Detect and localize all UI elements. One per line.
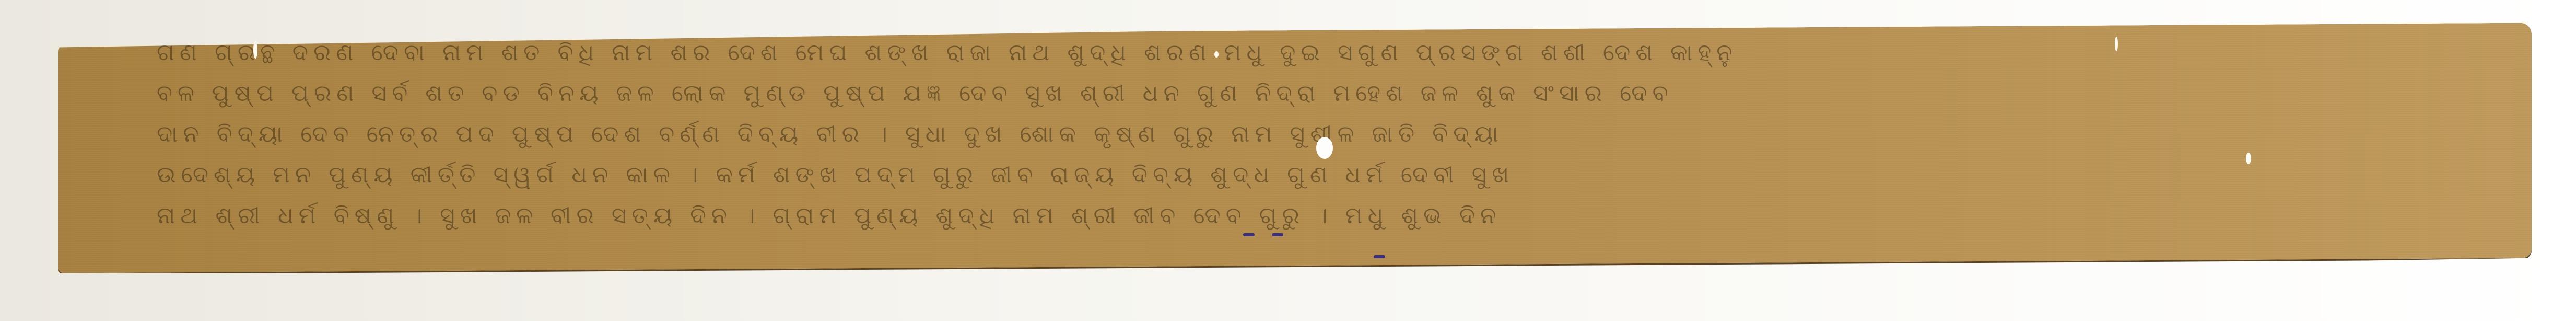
worm-hole — [253, 41, 257, 59]
text-line-5: ନାଥ ଶ୍ରୀ ଧର୍ମ ବିଷ୍ଣୁ । ସୁଖ ଜଳ ବୀର ସତ୍ୟ ଦ… — [157, 202, 2455, 243]
manuscript-text: ଗଣ ଗ୍ରନ୍ଥ ଦରଣ ଦେବା ନାମ ଶତ ବିଧି ନାମ ଶର ଦେ… — [157, 39, 2455, 243]
worm-hole — [2246, 153, 2251, 164]
text-line-2: ବଳ ପୁଷ୍ପ ପ୍ରଣ ସର୍ବ ଶତ ବଡ ବିନୟ ଜଳ ଲୋକ ମୁଣ… — [157, 80, 2455, 121]
text-line-3: ଦାନ ବିଦ୍ୟା ଦେବ ନେତ୍ର ପଦ ପୁଷ୍ପ ଦେଶ ବର୍ଣ୍ଣ… — [157, 121, 2455, 162]
worm-hole — [1214, 51, 1219, 58]
ink-mark — [1374, 255, 1385, 258]
ink-mark — [1243, 233, 1255, 236]
string-hole — [1316, 137, 1333, 159]
text-line-1: ଗଣ ଗ୍ରନ୍ଥ ଦରଣ ଦେବା ନାମ ଶତ ବିଧି ନାମ ଶର ଦେ… — [157, 39, 2455, 80]
worm-hole — [2115, 37, 2118, 51]
text-line-4: ଉଦେଶ୍ୟ ମନ ପୁଣ୍ୟ କୀର୍ତ୍ତି ସ୍ୱର୍ଗ ଧନ କାଳ ।… — [157, 162, 2455, 202]
ink-mark — [1272, 233, 1283, 236]
